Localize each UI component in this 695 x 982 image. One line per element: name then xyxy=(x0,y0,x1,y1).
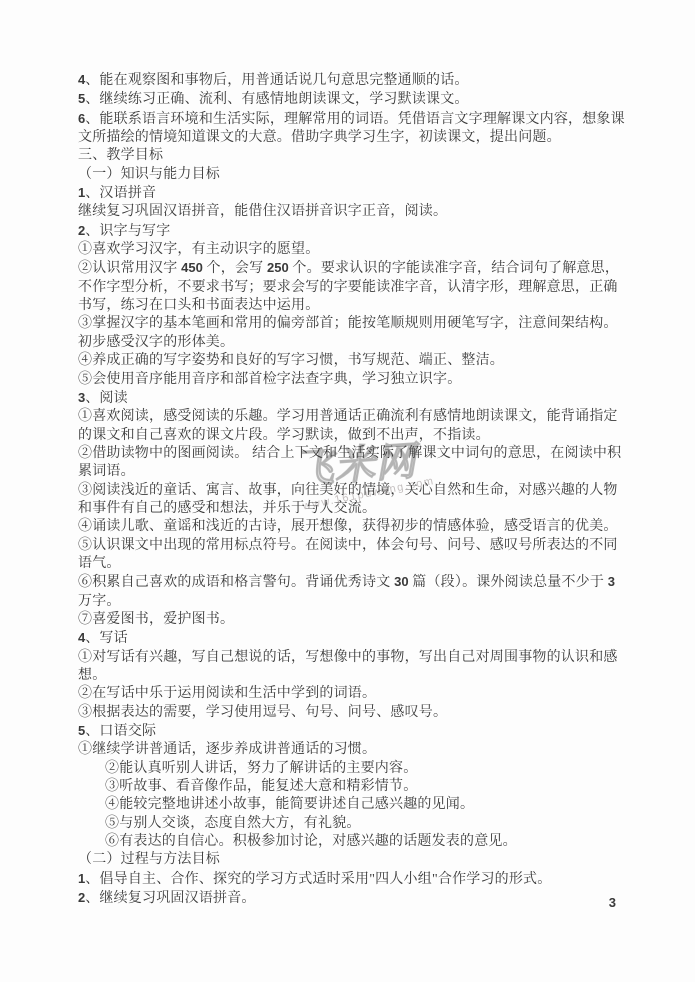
text-line: （二）过程与方法目标 xyxy=(78,851,620,869)
text-line: ③听故事、看音像作品，能复述大意和精彩情节。 xyxy=(78,778,620,796)
text-line: 1、倡导自主、合作、探究的学习方式适时采用"四人小组"合作学习的形式。 xyxy=(78,870,620,889)
text-line: 文所描绘的情境知道课文的大意。借助字典学习生字，初读课文，提出问题。 xyxy=(78,129,620,147)
text-line: 初步感受汉字的形体美。 xyxy=(78,334,620,352)
document-page: 飞米网 www.161puwang.com 4、能在观察图和事物后，用普通话说几… xyxy=(0,0,695,982)
text-line: ③根据表达的需要，学习使用逗号、句号、问号、感叹号。 xyxy=(78,704,620,722)
text-line: ④能较完整地讲述小故事，能简要讲述自己感兴趣的见闻。 xyxy=(78,796,620,814)
text-line: （一）知识与能力目标 xyxy=(78,166,620,184)
text-line: ①对写话有兴趣，写自己想说的话，写想像中的事物，写出自己对周围事物的认识和感 xyxy=(78,649,620,667)
text-line: 2、识字与写字 xyxy=(78,222,620,241)
page-number: 3 xyxy=(609,895,616,910)
text-line: 5、口语交际 xyxy=(78,722,620,741)
text-line: ②能认真听别人讲话，努力了解讲话的主要内容。 xyxy=(78,760,620,778)
text-line: 累词语。 xyxy=(78,463,620,481)
text-line: 继续复习巩固汉语拼音，能借住汉语拼音识字正音，阅读。 xyxy=(78,203,620,221)
text-line: ⑦喜爱图书，爱护图书。 xyxy=(78,611,620,629)
text-line: ④诵读儿歌、童谣和浅近的古诗，展开想像，获得初步的情感体验，感受语言的优美。 xyxy=(78,518,620,536)
text-line: 三、教学目标 xyxy=(78,147,620,165)
text-line: 2、继续复习巩固汉语拼音。 xyxy=(78,889,620,908)
text-line: ①喜欢学习汉字，有主动识字的愿望。 xyxy=(78,241,620,259)
text-line: ④养成正确的写字姿势和良好的写字习惯，书写规范、端正、整洁。 xyxy=(78,352,620,370)
text-line: ⑥积累自己喜欢的成语和格言警句。背诵优秀诗文 30 篇（段）。课外阅读总量不少于… xyxy=(78,573,620,592)
text-line: 不作字型分析，不要求书写；要求会写的字要能读准字音，认清字形，理解意思，正确 xyxy=(78,279,620,297)
text-line: 的课文和自己喜欢的课文片段。学习默读，做到不出声，不指读。 xyxy=(78,427,620,445)
text-line: 1、汉语拼音 xyxy=(78,184,620,203)
text-line: 和事件有自己的感受和想法，并乐于与人交流。 xyxy=(78,500,620,518)
text-line: 3、阅读 xyxy=(78,389,620,408)
text-line: ⑥有表达的自信心。积极参加讨论，对感兴趣的话题发表的意见。 xyxy=(78,833,620,851)
text-line: ①喜欢阅读，感受阅读的乐趣。学习用普通话正确流利有感情地朗读课文，能背诵指定 xyxy=(78,408,620,426)
text-line: ⑤会使用音序能用音序和部首检字法查字典，学习独立识字。 xyxy=(78,371,620,389)
text-line: ③阅读浅近的童话、寓言、故事，向往美好的情境，关心自然和生命，对感兴趣的人物 xyxy=(78,482,620,500)
text-line: 书写，练习在口头和书面表达中运用。 xyxy=(78,297,620,315)
text-line: ①继续学讲普通话，逐步养成讲普通话的习惯。 xyxy=(78,741,620,759)
text-line: 4、写话 xyxy=(78,629,620,648)
text-line: 想。 xyxy=(78,667,620,685)
text-line: ②在写话中乐于运用阅读和生活中学到的词语。 xyxy=(78,685,620,703)
text-line: ⑤与别人交谈，态度自然大方，有礼貌。 xyxy=(78,815,620,833)
text-line: ③掌握汉字的基本笔画和常用的偏旁部首；能按笔顺规则用硬笔写字，注意间架结构。 xyxy=(78,315,620,333)
text-line: 6、能联系语言环境和生活实际，理解常用的词语。凭借语言文字理解课文内容，想象课 xyxy=(78,110,620,129)
document-body-text: 4、能在观察图和事物后，用普通话说几句意思完整通顺的话。5、继续练习正确、流利、… xyxy=(78,71,620,908)
text-line: 4、能在观察图和事物后，用普通话说几句意思完整通顺的话。 xyxy=(78,71,620,90)
text-line: 语气。 xyxy=(78,555,620,573)
text-line: ②认识常用汉字 450 个，会写 250 个。要求认识的字能读准字音，结合词句了… xyxy=(78,259,620,278)
text-line: 万字。 xyxy=(78,593,620,611)
text-line: 5、继续练习正确、流利、有感情地朗读课文，学习默读课文。 xyxy=(78,90,620,109)
text-line: ⑤认识课文中出现的常用标点符号。在阅读中，体会句号、问号、感叹号所表达的不同 xyxy=(78,537,620,555)
text-line: ②借助读物中的图画阅读。 结合上下文和生活实际了解课文中词句的意思，在阅读中积 xyxy=(78,445,620,463)
